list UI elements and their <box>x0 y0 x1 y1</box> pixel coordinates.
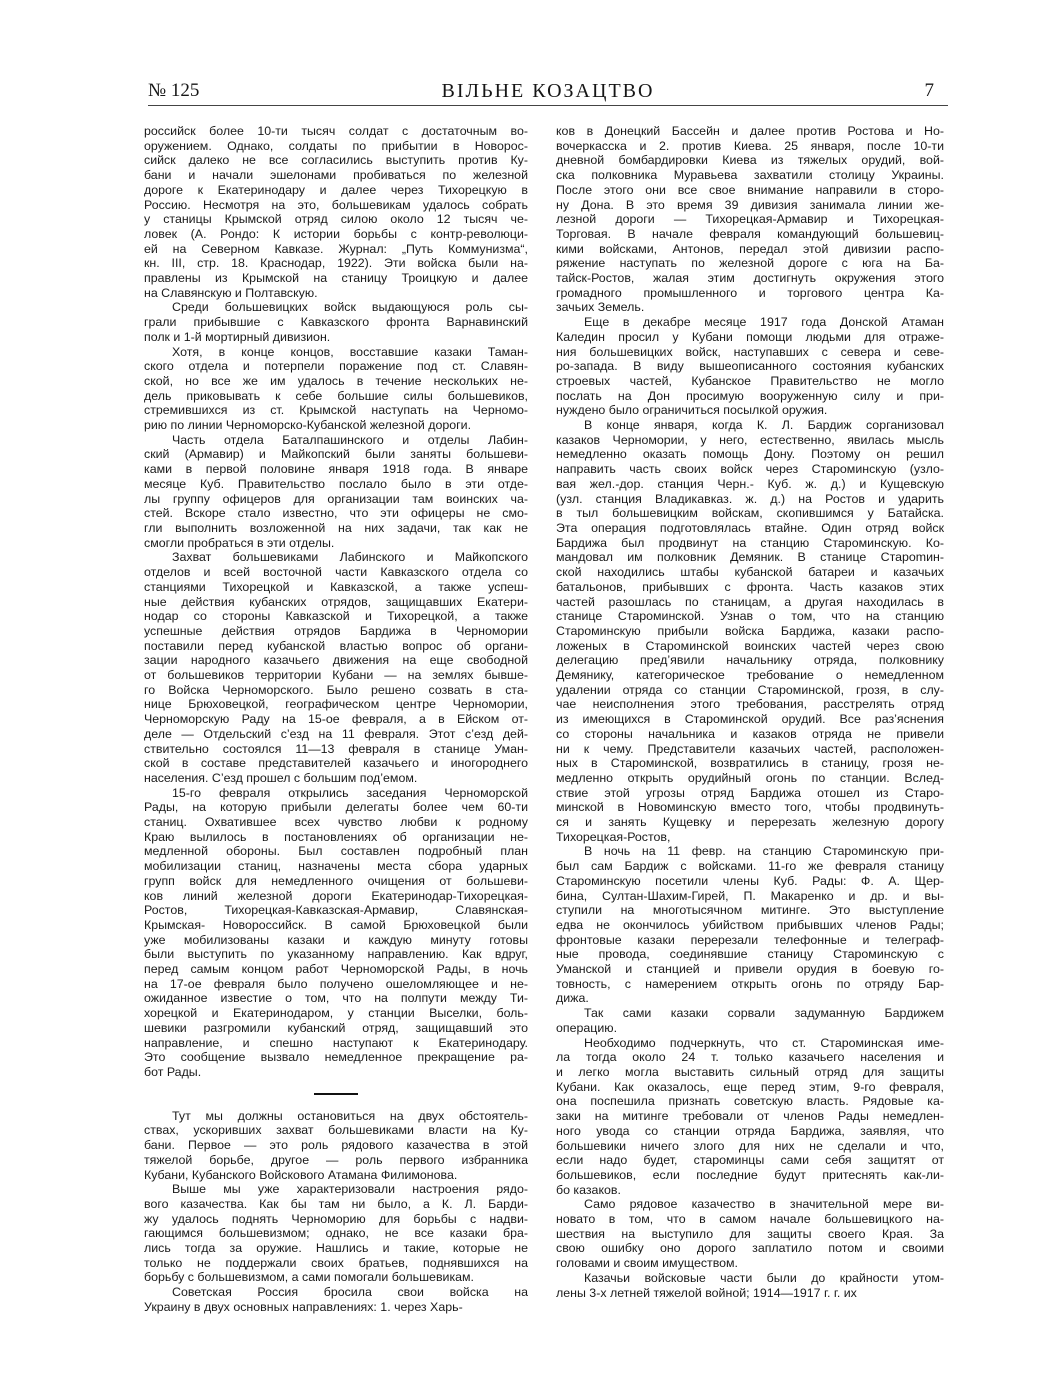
text-line: медленной обороны. Был составлен подробн… <box>144 844 528 859</box>
journal-title: ВІЛЬНЕ КОЗАЦТВО <box>148 80 948 103</box>
text-line: стремившихся из ст. Крымской наступать н… <box>144 403 528 418</box>
text-line: Эта операция подготовлялась втайне. Один… <box>556 521 944 536</box>
text-line: со стороны начальника и казаков отряда н… <box>556 727 944 742</box>
text-line: мандовал им полковник Демяник. В станице… <box>556 550 944 565</box>
text-line: вочеркасска и 2. против Киева. 25 января… <box>556 139 944 154</box>
text-line: Казачьи войсковые части были до крайност… <box>556 1271 944 1286</box>
text-line: на 17-ое февраля было получено ошеломляю… <box>144 977 528 992</box>
text-line: перед самым концом работ Черноморской Ра… <box>144 962 528 977</box>
text-line: нице Брюховецкой, географическом центре … <box>144 697 528 712</box>
text-line: ро-запада. В виду вышеописанного состоян… <box>556 359 944 374</box>
text-line: минской в Новоминскую вместо того, чтобы… <box>556 800 944 815</box>
text-line: Каледин просил у Кубани помощи людьми дл… <box>556 330 944 345</box>
paragraph: Захват большевиками Лабинского и Майкопс… <box>144 550 528 785</box>
text-line: Рады, на которую прибыли делегаты более … <box>144 800 528 815</box>
text-line: бот Рады. <box>144 1065 528 1080</box>
text-line: Демянику, категорическое требование о не… <box>556 668 944 683</box>
text-line: оружением. Однако, солдаты по прибытии в… <box>144 139 528 154</box>
text-line: нодар со стороны Кавказской и Тихорецкой… <box>144 609 528 624</box>
text-line: ных в Староминской, возвратились в стани… <box>556 756 944 771</box>
text-line: кими войсками, Антонов, передал этой див… <box>556 242 944 257</box>
text-line: поставили перед кубанской властью вопрос… <box>144 639 528 654</box>
text-line: на Славянскую и Полтавскую. <box>144 286 528 301</box>
text-line: бина, Султан-Шахим-Гирей, П. Макаренко и… <box>556 889 944 904</box>
text-line: шевики разгромили кубанский отряд, защищ… <box>144 1021 528 1036</box>
text-line: Россию. Несмотря на это, большевикам уда… <box>144 198 528 213</box>
text-line: частей разошлась по станицам, а другая н… <box>556 595 944 610</box>
text-line: мобилизации станиц, назначены места сбор… <box>144 859 528 874</box>
text-line: уже мобилизованы казаки и каждую минуту … <box>144 933 528 948</box>
text-line: Тут мы должны остановиться на двух обсто… <box>144 1109 528 1124</box>
section-separator <box>314 1093 358 1095</box>
text-line: ного увода со станции отряда Бардижа, за… <box>556 1124 944 1139</box>
text-line: Необходимо подчеркнуть, что ст. Старомин… <box>556 1036 944 1051</box>
text-line: Еще в декабре месяце 1917 года Донской А… <box>556 315 944 330</box>
text-line: ского отдела и потерпели поражение под с… <box>144 359 528 374</box>
text-line: из имеющихся в Староминской орудий. Все … <box>556 712 944 727</box>
text-line: Кубани. Как оказалось, еще перед этим, 9… <box>556 1080 944 1095</box>
text-line: рию по линии Черноморско-Кубанской желез… <box>144 418 528 433</box>
paragraph: Выше мы уже характеризовали настроения р… <box>144 1182 528 1285</box>
text-line: ни к чему. Представители казачьих частей… <box>556 742 944 757</box>
text-line: если надо будет, староминцы сами себя за… <box>556 1153 944 1168</box>
text-line: Староминскую прибыли войска Бардижа, каз… <box>556 624 944 639</box>
text-line: казаков Черномории, у него, естественно,… <box>556 433 944 448</box>
text-line: большевиков, если последние будут притес… <box>556 1168 944 1183</box>
text-line: стей. Вскоре стало известно, что эти офи… <box>144 506 528 521</box>
text-line: ской, но все же им удалось в течение нес… <box>144 374 528 389</box>
text-line: гающимся большевизмом; однако, не все ка… <box>144 1226 528 1241</box>
text-line: (узл. станция Владикавказ. ж. д.) на Рос… <box>556 492 944 507</box>
page-header: № 125 ВІЛЬНЕ КОЗАЦТВО 7 <box>148 80 948 104</box>
text-line: ский (Армавир) и Майкопский были заняты … <box>144 447 528 462</box>
text-line: и легко могла выставить сильный отряд дл… <box>556 1065 944 1080</box>
text-line: ные действия кубанских отрядов, защищавш… <box>144 595 528 610</box>
text-line: заки на митинге требовали от членов Рады… <box>556 1109 944 1124</box>
left-column: российск более 10-ти тысяч солдат с дост… <box>144 124 528 1315</box>
paragraph: Часть отдела Баталпашинского и отделы Ла… <box>144 433 528 551</box>
paragraph: Хотя, в конце концов, восставшие казаки … <box>144 345 528 433</box>
text-line: в тыл большевицким войскам, скопившимся … <box>556 506 944 521</box>
text-line: ла тогда около 24 т. только казачьего на… <box>556 1050 944 1065</box>
text-line: медленно открыть орудийный огонь по стан… <box>556 771 944 786</box>
text-line: батальонов, прибывших с фронта. Часть ка… <box>556 580 944 595</box>
text-line: Тихорецкая-Ростов, <box>556 830 944 845</box>
text-line: Староминскую посетили члены Куб. Рады: Ф… <box>556 874 944 889</box>
text-line: После этого они все свое внимание направ… <box>556 183 944 198</box>
text-line: 15-го февраля открылись заседания Черном… <box>144 786 528 801</box>
paragraph: Тут мы должны остановиться на двух обсто… <box>144 1109 528 1183</box>
text-line: ской в составе представителей казачьего … <box>144 756 528 771</box>
text-line: нуждено было ограничиться посылкой оружи… <box>556 403 944 418</box>
text-line: бани и начали эшелонами пробиваться по ж… <box>144 168 528 183</box>
text-line: дижа. <box>556 991 944 1006</box>
paragraph: Среди большевицких войск выдающуюся роль… <box>144 300 528 344</box>
text-line: бо казаков. <box>556 1183 944 1198</box>
text-line: направить часть своих войск через Старом… <box>556 462 944 477</box>
text-line: борьбу с большевизмом, а сами помогали б… <box>144 1270 528 1285</box>
paragraph: Необходимо подчеркнуть, что ст. Старомин… <box>556 1036 944 1198</box>
text-line: ска полковника Муравьева захватили столи… <box>556 168 944 183</box>
text-line: вая жел.-дор. станция Черн.- Куб. ж. д.)… <box>556 477 944 492</box>
text-line: месяце Куб. Правительство послало было в… <box>144 477 528 492</box>
text-line: ложеных в Староминской воинских частей ч… <box>556 639 944 654</box>
text-line: ков в Донецкий Бассейн и далее против Ро… <box>556 124 944 139</box>
text-line: чае неисполнения этого требования, расст… <box>556 697 944 712</box>
text-line: ками в первой половине января 1918 года.… <box>144 462 528 477</box>
text-line: правлены из Крымской на станицу Троицкую… <box>144 271 528 286</box>
text-line: Ростов, Тихорецкая-Кавказская-Армавир, С… <box>144 903 528 918</box>
text-line: грали прибывшие с Кавказского фронта Вар… <box>144 315 528 330</box>
text-line: тяжелой борьбе, другое — роль первого из… <box>144 1153 528 1168</box>
text-line: направление, и спешно наступают к Екатер… <box>144 1036 528 1051</box>
text-line: большевики ничего злого для них не сдела… <box>556 1139 944 1154</box>
text-line: Захват большевиками Лабинского и Майкопс… <box>144 550 528 565</box>
text-line: ской находились штабы кубанской батареи … <box>556 565 944 580</box>
text-line: свою ошибку оно дорого заплатило потом и… <box>556 1241 944 1256</box>
text-line: дневной бомбардировки Киева из тяжелых о… <box>556 153 944 168</box>
text-line: немедленно оказать помощь Дону. Поэтому … <box>556 447 944 462</box>
text-line: отделов и всей восточной части Кавказско… <box>144 565 528 580</box>
text-line: ния большевицких войск, наступавших с се… <box>556 345 944 360</box>
text-line: ожиданное известие о том, что на полпути… <box>144 991 528 1006</box>
paragraph: В ночь на 11 февр. на станцию Староминск… <box>556 844 944 1006</box>
text-line: Краю вылилось в постановлениях об органи… <box>144 830 528 845</box>
text-line: новато в том, что в самом начале большев… <box>556 1212 944 1227</box>
paragraph: российск более 10-ти тысяч солдат с дост… <box>144 124 528 300</box>
text-line: Уманской и станцией и привели орудия в б… <box>556 962 944 977</box>
text-line: успешные действия отрядов Бардижа в Черн… <box>144 624 528 639</box>
text-line: ловек (А. Рондо: К истории борьбы с конт… <box>144 227 528 242</box>
text-line: вого казачества. Как бы там ни было, а К… <box>144 1197 528 1212</box>
text-line: В конце января, когда К. Л. Бардиж сорга… <box>556 418 944 433</box>
text-line: строевых частей, Кубанское Правительство… <box>556 374 944 389</box>
text-line: Украину в двух основных направлениях: 1.… <box>144 1300 528 1315</box>
text-line: ся и занять Кущевку и перерезать железну… <box>556 815 944 830</box>
text-line: ей на Северном Кавказе. Журнал: „Путь Ко… <box>144 242 528 257</box>
text-line: В ночь на 11 февр. на станцию Староминск… <box>556 844 944 859</box>
text-line: Черноморскую Раду на 15-ое февраля, а в … <box>144 712 528 727</box>
text-line: шествия на выступило для защиты своего К… <box>556 1227 944 1242</box>
text-line: Торговая. В начале февраля командующий б… <box>556 227 944 242</box>
text-line: Среди большевицких войск выдающуюся роль… <box>144 300 528 315</box>
text-line: громадного промышленного и торгового цен… <box>556 286 944 301</box>
text-line: ков линий железной дороги Екатеринодар-Т… <box>144 889 528 904</box>
text-line: только не поддержали своих братьев, подн… <box>144 1256 528 1271</box>
text-line: сийск далеко не все согласились выступит… <box>144 153 528 168</box>
text-line: операцию. <box>556 1021 944 1036</box>
text-line: кн. III, стр. 18. Краснодар, 1922). Эти … <box>144 256 528 271</box>
text-line: дороге к Екатеринодару и далее через Тих… <box>144 183 528 198</box>
text-line: групп войск для немедленного очищения от… <box>144 874 528 889</box>
text-line: Это сообщение вызвало немедленное прекра… <box>144 1050 528 1065</box>
text-line: лись тогда за оружие. Нашлись и такие, к… <box>144 1241 528 1256</box>
text-line: зации народного казачьего движения на ещ… <box>144 653 528 668</box>
text-line: лезной дороги — Тихорецкая-Армавир и Тих… <box>556 212 944 227</box>
text-line: российск более 10-ти тысяч солдат с дост… <box>144 124 528 139</box>
text-line: ну Дона. В это время 39 дивизия занимала… <box>556 198 944 213</box>
paragraph: В конце января, когда К. Л. Бардиж сорга… <box>556 418 944 844</box>
text-line: бани. Первое — это роль рядового казачес… <box>144 1138 528 1153</box>
text-line: Часть отдела Баталпашинского и отделы Ла… <box>144 433 528 448</box>
paragraph: Еще в декабре месяце 1917 года Донской А… <box>556 315 944 418</box>
paragraph: 15-го февраля открылись заседания Черном… <box>144 786 528 1080</box>
text-line: послать на Дон просимую вооруженную силу… <box>556 389 944 404</box>
text-line: Само рядовое казачество в значительной м… <box>556 1197 944 1212</box>
text-line: ряжение наступать по железной дороге с ю… <box>556 256 944 271</box>
text-line: станице Староминской. Узнав о том, что н… <box>556 609 944 624</box>
text-line: Крымская- Новороссийск. В самой Брюховец… <box>144 918 528 933</box>
paragraph: ков в Донецкий Бассейн и далее против Ро… <box>556 124 944 315</box>
text-line: станиц. Охватившее всех чувство любви к … <box>144 815 528 830</box>
right-column: ков в Донецкий Бассейн и далее против Ро… <box>556 124 944 1300</box>
text-line: от большевиков территории Кубани — на зе… <box>144 668 528 683</box>
page-number: 7 <box>925 80 935 102</box>
text-line: она поспешила признать советскую власть.… <box>556 1094 944 1109</box>
text-line: зачьих Земель. <box>556 300 944 315</box>
text-line: смогли пробраться в эти отделы. <box>144 536 528 551</box>
text-line: дель приковывать к себе большие силы бол… <box>144 389 528 404</box>
text-line: у станицы Крымской отряд силою около 12 … <box>144 212 528 227</box>
text-line: Хотя, в конце концов, восставшие казаки … <box>144 345 528 360</box>
text-line: товность, с намерением открыть огонь по … <box>556 977 944 992</box>
text-line: Бардижа был продвинут на станцию Староми… <box>556 536 944 551</box>
text-line: Советская Россия бросила свои войска на <box>144 1285 528 1300</box>
text-line: ные провода, соединявшие станицу Староми… <box>556 947 944 962</box>
text-line: фронтовые казаки перерезали телефонные и… <box>556 933 944 948</box>
text-line: деле — Отдельский с’езд на 11 февраля. Э… <box>144 727 528 742</box>
text-line: населения. С’езд прошел с большим под’ем… <box>144 771 528 786</box>
text-line: едва не окончилось убийством прибывших ч… <box>556 918 944 933</box>
text-line: го Войска Черноморского. Было решено соз… <box>144 683 528 698</box>
text-line: ступили на многотысячном митинге. Это вы… <box>556 903 944 918</box>
paragraph: Так сами казаки сорвали задуманную Барди… <box>556 1006 944 1035</box>
text-line: лены 3-х летней тяжелой войной; 1914—191… <box>556 1286 944 1301</box>
text-line: ствах, ускоривших захват большевиками вл… <box>144 1123 528 1138</box>
text-line: Выше мы уже характеризовали настроения р… <box>144 1182 528 1197</box>
text-line: хорецкой и Екатеринодаром, у станции Выс… <box>144 1006 528 1021</box>
text-line: Кубани, Кубанского Войскового Атамана Фи… <box>144 1168 528 1183</box>
text-line: Так сами казаки сорвали задуманную Барди… <box>556 1006 944 1021</box>
text-line: лы группу офицеров для организации там в… <box>144 492 528 507</box>
text-line: станциями Тихорецкой и Кавказской, а так… <box>144 580 528 595</box>
text-line: делегацию пред’явили начальнику отряда, … <box>556 653 944 668</box>
paragraph: Само рядовое казачество в значительной м… <box>556 1197 944 1271</box>
paragraph: Казачьи войсковые части были до крайност… <box>556 1271 944 1300</box>
text-line: удалении отряда со станции Староминской,… <box>556 683 944 698</box>
text-line: был сам Бардиж с войсками. 11-го же февр… <box>556 859 944 874</box>
text-line: ствительно состоялся 11—13 февраля в ста… <box>144 742 528 757</box>
paragraph: Советская Россия бросила свои войска наУ… <box>144 1285 528 1314</box>
text-line: были выступить по указанному направлению… <box>144 947 528 962</box>
text-line: полк и 1-й мортирный дивизион. <box>144 330 528 345</box>
header-rule <box>148 105 948 106</box>
text-line: тайск-Ростов, жалая этим достигнуть окру… <box>556 271 944 286</box>
text-line: жу удалось поднять Черноморию для борьбы… <box>144 1212 528 1227</box>
text-line: головами и своим имуществом. <box>556 1256 944 1271</box>
text-line: гли выполнить возложенной на них задачи,… <box>144 521 528 536</box>
text-line: ствие этой угрозы отряд Бардижа отошел и… <box>556 786 944 801</box>
